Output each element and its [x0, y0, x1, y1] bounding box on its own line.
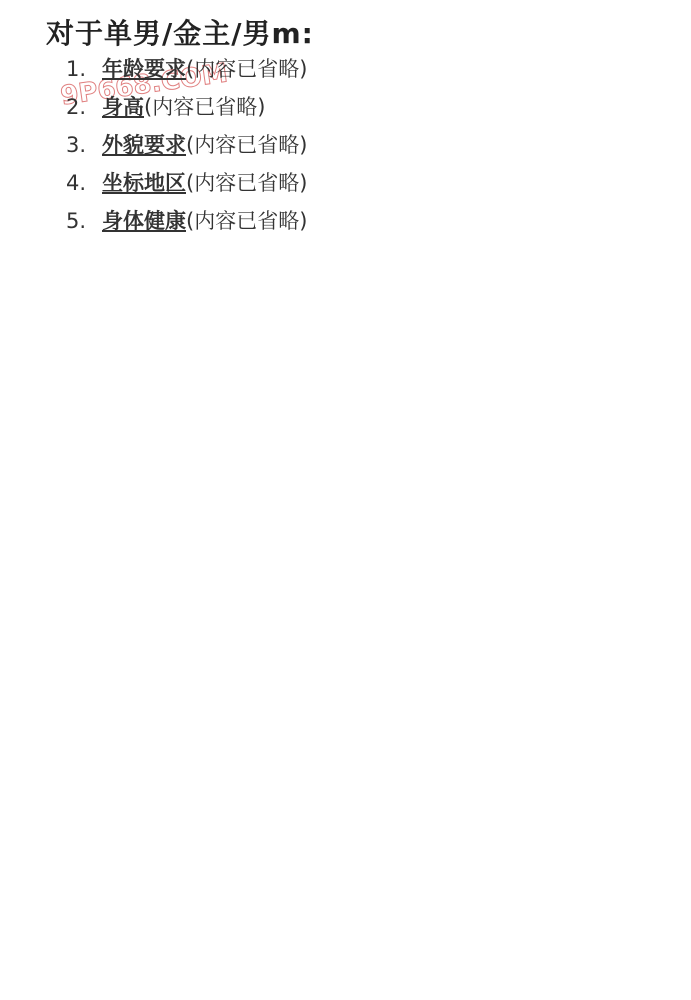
list-item: 4. 坐标地区(内容已省略)	[66, 166, 646, 200]
item-number: 4.	[66, 166, 102, 200]
item-number: 5.	[66, 204, 102, 238]
item-number: 1.	[66, 52, 102, 86]
list-item: 5. 身体健康(内容已省略)	[66, 204, 646, 238]
list-item: 2. 身高(内容已省略)	[66, 90, 646, 124]
item-highlight: 身体健康	[102, 209, 186, 233]
item-text: (内容已省略)	[144, 95, 265, 119]
item-highlight: 坐标地区	[102, 171, 186, 195]
item-text: (内容已省略)	[186, 209, 307, 233]
item-highlight: 身高	[102, 95, 144, 119]
item-highlight: 年龄要求	[102, 57, 186, 81]
item-number: 2.	[66, 90, 102, 124]
list-item: 3. 外貌要求(内容已省略)	[66, 128, 646, 162]
item-highlight: 外貌要求	[102, 133, 186, 157]
item-text: (内容已省略)	[186, 133, 307, 157]
requirements-list: 1. 年龄要求(内容已省略) 2. 身高(内容已省略) 3. 外貌要求(内容已省…	[66, 52, 646, 242]
item-text: (内容已省略)	[186, 57, 307, 81]
page-title: 对于单男/金主/男m:	[46, 12, 314, 52]
item-text: (内容已省略)	[186, 171, 307, 195]
item-number: 3.	[66, 128, 102, 162]
list-item: 1. 年龄要求(内容已省略)	[66, 52, 646, 86]
